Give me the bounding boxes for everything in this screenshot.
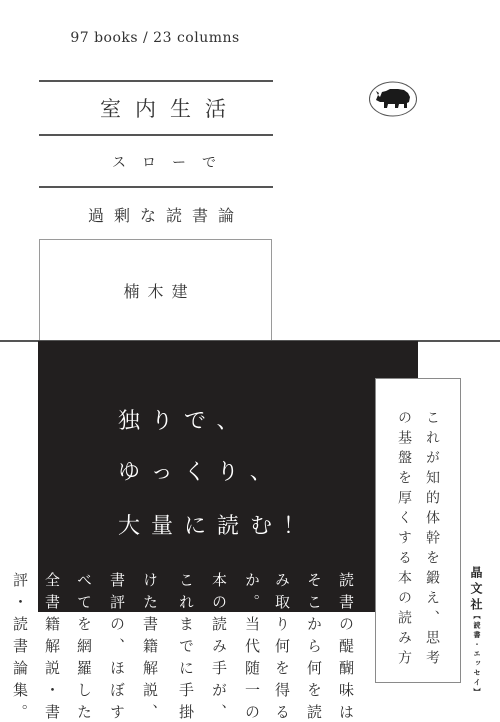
publisher-name: 晶文社 [470, 566, 482, 614]
description-column-2: の基盤を厚くする本の読み方 [397, 410, 411, 670]
rule-top [39, 80, 273, 82]
english-subtitle: 97 books / 23 columns [0, 30, 310, 46]
genre-label: 【読書・エッセイ】 [473, 612, 480, 698]
body-column-8: 書評の、ほぼす [109, 572, 124, 722]
tagline-line-3: 大量に読む！ [118, 509, 316, 540]
description-column-1: これが知的体幹を鍛え、思考 [425, 410, 439, 670]
rhinoceros-logo-icon [368, 80, 418, 118]
subtitle-line-2: 過剰な読書論 [39, 203, 283, 226]
body-column-5: 本の読み手が、 [211, 572, 226, 722]
subtitle-line-1: スローで [39, 152, 289, 172]
body-column-4: か。当代随一の [244, 572, 259, 722]
body-column-9: べてを網羅した [76, 572, 91, 722]
rule-bottom [39, 186, 273, 188]
book-title: 室内生活 [39, 93, 287, 123]
author-name: 楠木建 [115, 279, 195, 302]
body-column-1: 読書の醍醐味は [338, 572, 353, 722]
body-column-7: けた書籍解説、 [142, 572, 157, 722]
body-column-2: そこから何を読 [306, 572, 321, 722]
tagline-line-1: 独りで、 [118, 404, 250, 435]
body-column-6: これまでに手掛 [178, 572, 193, 722]
body-column-10: 全書籍解説・書 [44, 572, 59, 722]
author-box: 楠木建 [39, 239, 272, 340]
tagline-line-2: ゆっくり、 [118, 455, 283, 486]
rule-middle [39, 134, 273, 136]
description-box [375, 378, 461, 683]
body-column-3: み取り何を得る [274, 572, 289, 722]
body-column-11: 評・読書論集。 [12, 572, 27, 722]
